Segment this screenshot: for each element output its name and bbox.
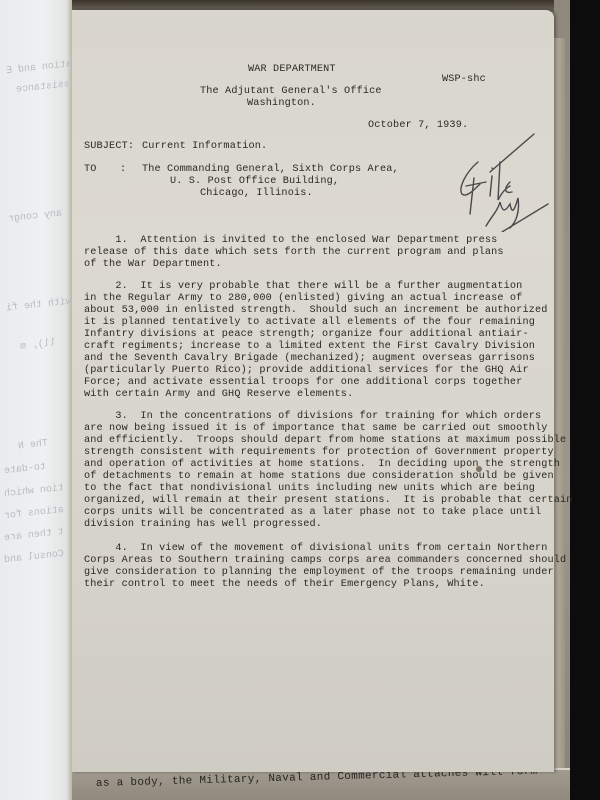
paragraph-line: with certain Army and GHQ Reserve elemen… bbox=[84, 389, 554, 401]
bleed-through-text: ssistance bbox=[16, 79, 71, 96]
document-photo: as a body, the Military, Naval and Comme… bbox=[0, 0, 600, 800]
bleed-through-text: ations for bbox=[4, 505, 65, 522]
ink-smudge bbox=[476, 466, 482, 472]
paragraph-line: 2. It is very probable that there will b… bbox=[84, 281, 554, 293]
paragraph-line: of detachments to remain at home station… bbox=[84, 471, 554, 483]
paragraph-line: are now being issued it is of importance… bbox=[84, 423, 554, 435]
signature-scribble-icon bbox=[440, 132, 550, 232]
bleed-through-text: to-date bbox=[4, 462, 47, 477]
addressee-line: Chicago, Illinois. bbox=[200, 188, 313, 200]
bleed-through-text: tion which bbox=[4, 483, 65, 500]
paragraph-line: Infantry divisions at peace strength; or… bbox=[84, 329, 554, 341]
paragraph-line: their control to meet the needs of their… bbox=[84, 579, 554, 591]
bleed-through-text: Consul and bbox=[4, 549, 65, 566]
paragraph-line: in the Regular Army to 280,000 (enlisted… bbox=[84, 293, 554, 305]
paragraph-line: craft regiments; increase to a limited e… bbox=[84, 341, 554, 353]
office-name: The Adjutant General's Office bbox=[200, 86, 382, 98]
to-label: TO bbox=[84, 164, 97, 176]
paragraph-line: organized, will remain at their present … bbox=[84, 495, 554, 507]
paragraph-line: about 53,000 in enlisted strength. Shoul… bbox=[84, 305, 554, 317]
handwritten-annotation bbox=[440, 132, 550, 232]
office-city: Washington. bbox=[247, 98, 316, 110]
reference-code: WSP-shc bbox=[442, 74, 486, 86]
paragraph-line: of the War Department. bbox=[84, 259, 554, 271]
bleed-through-text: The N bbox=[18, 438, 49, 452]
subject-label: SUBJECT: bbox=[84, 141, 134, 153]
paragraph-line: it is planned tentatively to activate al… bbox=[84, 317, 554, 329]
paragraph-line: 4. In view of the movement of divisional… bbox=[84, 543, 554, 555]
paragraph-line: 3. In the concentrations of divisions fo… bbox=[84, 411, 554, 423]
department-heading: WAR DEPARTMENT bbox=[248, 64, 336, 76]
addressee-line: The Commanding General, Sixth Corps Area… bbox=[142, 164, 399, 176]
subject-value: Current Information. bbox=[142, 141, 267, 153]
to-colon: : bbox=[120, 164, 126, 176]
paragraph-line: and the Seventh Cavalry Brigade (mechani… bbox=[84, 353, 554, 365]
memo-date: October 7, 1939. bbox=[368, 120, 468, 132]
paragraph-line: and efficiently. Troops should depart fr… bbox=[84, 435, 554, 447]
bleed-through-text: t then are bbox=[4, 527, 65, 544]
bleed-through-text: rtation and E bbox=[6, 58, 72, 77]
paragraph-line: to the fact that nondivisional units inc… bbox=[84, 483, 554, 495]
paragraph-line: and operation of activities at home stat… bbox=[84, 459, 554, 471]
paragraph-line: division training has well progressed. bbox=[84, 519, 554, 531]
left-facing-page: rtation and E ssistance for any congr wi… bbox=[0, 0, 72, 800]
bleed-through-text: ll), m bbox=[20, 338, 57, 353]
paragraph-line: Force; and activate essential troops for… bbox=[84, 377, 554, 389]
bleed-through-text: for any congr bbox=[8, 206, 72, 225]
addressee-line: U. S. Post Office Building, bbox=[170, 176, 339, 188]
paragraph-line: (particularly Puerto Rico); provide addi… bbox=[84, 365, 554, 377]
paragraph-line: corps units will be concentrated as a la… bbox=[84, 507, 554, 519]
bleed-through-text: with the fi bbox=[6, 297, 72, 315]
paragraph-line: strength consistent with requirements fo… bbox=[84, 447, 554, 459]
paragraph-line: Corps Areas to Southern training camps c… bbox=[84, 555, 554, 567]
paragraph-line: give consideration to planning the emplo… bbox=[84, 567, 554, 579]
paragraph-line: 1. Attention is invited to the enclosed … bbox=[84, 235, 554, 247]
paragraph-line: release of this date which sets forth th… bbox=[84, 247, 554, 259]
